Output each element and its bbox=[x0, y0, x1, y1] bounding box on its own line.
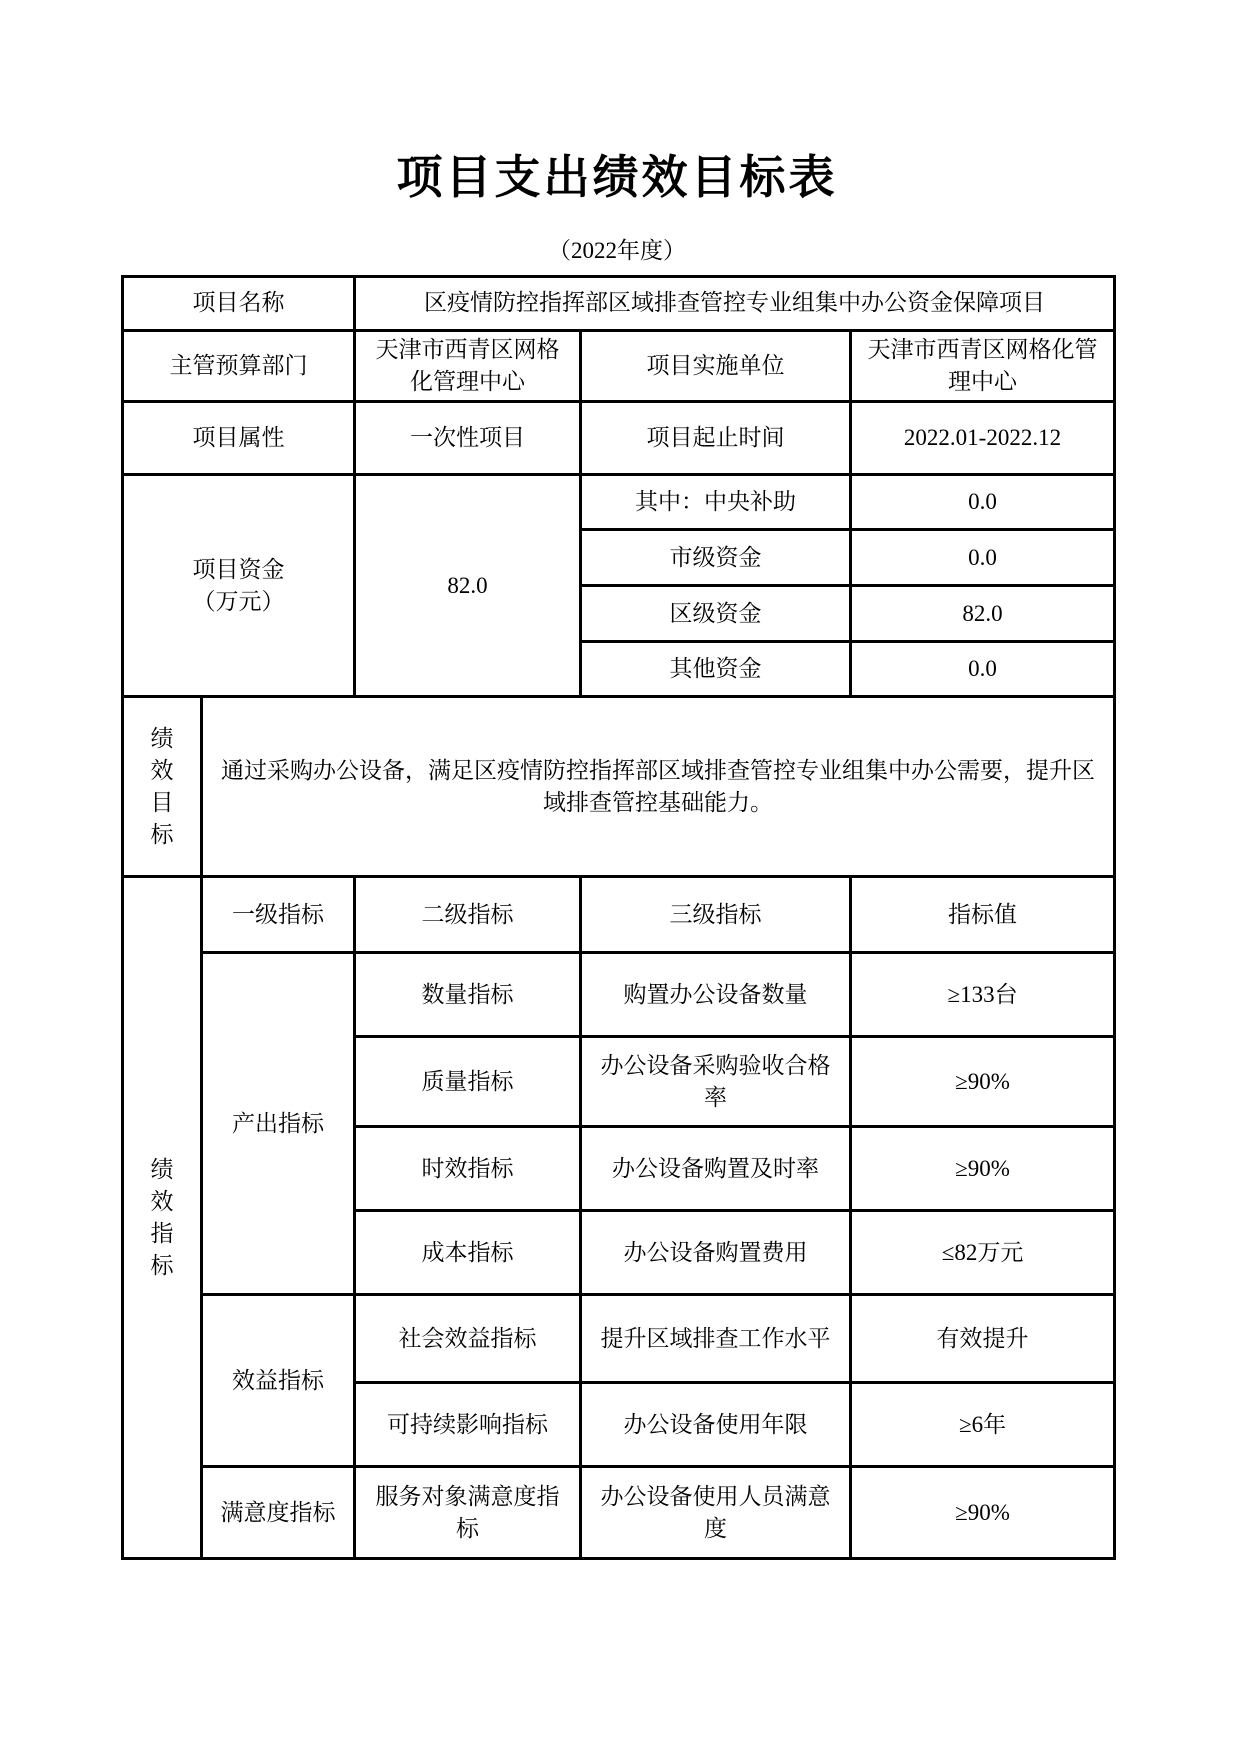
funds-other-value: 0.0 bbox=[851, 642, 1115, 697]
funds-city-label: 市级资金 bbox=[581, 530, 851, 586]
project-funds-label: 项目资金 （万元） bbox=[123, 475, 355, 697]
funds-other-label: 其他资金 bbox=[581, 642, 851, 697]
header-value: 指标值 bbox=[851, 877, 1115, 953]
indicator-level2: 服务对象满意度指标 bbox=[355, 1467, 581, 1559]
table-row: 主管预算部门 天津市西青区网格化管理中心 项目实施单位 天津市西青区网格化管理中… bbox=[123, 331, 1115, 402]
group-output-label: 产出指标 bbox=[202, 953, 355, 1295]
table-row: 项目资金 （万元） 82.0 其中：中央补助 0.0 bbox=[123, 475, 1115, 530]
group-benefit-label: 效益指标 bbox=[202, 1295, 355, 1467]
table-row: 产出指标 数量指标 购置办公设备数量 ≥133台 bbox=[123, 953, 1115, 1037]
table-row: 绩 效 目 标 通过采购办公设备，满足区疫情防控指挥部区域排查管控专业组集中办公… bbox=[123, 697, 1115, 877]
funds-central-label: 其中：中央补助 bbox=[581, 475, 851, 530]
group-satisfaction-label: 满意度指标 bbox=[202, 1467, 355, 1559]
project-attribute-label: 项目属性 bbox=[123, 402, 355, 475]
indicator-level3: 办公设备采购验收合格率 bbox=[581, 1037, 851, 1127]
table-row: 绩 效 指 标 一级指标 二级指标 三级指标 指标值 bbox=[123, 877, 1115, 953]
table-row: 项目属性 一次性项目 项目起止时间 2022.01-2022.12 bbox=[123, 402, 1115, 475]
indicator-level3: 办公设备购置及时率 bbox=[581, 1127, 851, 1211]
project-attribute-value: 一次性项目 bbox=[355, 402, 581, 475]
header-level2: 二级指标 bbox=[355, 877, 581, 953]
indicator-value: ≥6年 bbox=[851, 1383, 1115, 1467]
indicator-value: 有效提升 bbox=[851, 1295, 1115, 1383]
indicator-level2: 时效指标 bbox=[355, 1127, 581, 1211]
funds-district-value: 82.0 bbox=[851, 586, 1115, 642]
indicator-value: ≥133台 bbox=[851, 953, 1115, 1037]
funds-city-value: 0.0 bbox=[851, 530, 1115, 586]
project-name-value: 区疫情防控指挥部区域排查管控专业组集中办公资金保障项目 bbox=[355, 277, 1115, 331]
page-title: 项目支出绩效目标表 bbox=[121, 148, 1113, 206]
table-row: 效益指标 社会效益指标 提升区域排查工作水平 有效提升 bbox=[123, 1295, 1115, 1383]
performance-indicators-label: 绩 效 指 标 bbox=[123, 877, 202, 1559]
project-period-value: 2022.01-2022.12 bbox=[851, 402, 1115, 475]
impl-unit-label: 项目实施单位 bbox=[581, 331, 851, 402]
indicator-level2: 社会效益指标 bbox=[355, 1295, 581, 1383]
indicator-value: ≥90% bbox=[851, 1037, 1115, 1127]
indicator-level3: 购置办公设备数量 bbox=[581, 953, 851, 1037]
indicator-level2: 可持续影响指标 bbox=[355, 1383, 581, 1467]
indicator-value: ≤82万元 bbox=[851, 1211, 1115, 1295]
budget-dept-label: 主管预算部门 bbox=[123, 331, 355, 402]
indicator-level2: 数量指标 bbox=[355, 953, 581, 1037]
indicator-value: ≥90% bbox=[851, 1467, 1115, 1559]
header-level1: 一级指标 bbox=[202, 877, 355, 953]
project-funds-total: 82.0 bbox=[355, 475, 581, 697]
funds-district-label: 区级资金 bbox=[581, 586, 851, 642]
project-name-label: 项目名称 bbox=[123, 277, 355, 331]
indicator-level2: 成本指标 bbox=[355, 1211, 581, 1295]
performance-goal-text: 通过采购办公设备，满足区疫情防控指挥部区域排查管控专业组集中办公需要，提升区域排… bbox=[202, 697, 1115, 877]
indicator-level3: 提升区域排查工作水平 bbox=[581, 1295, 851, 1383]
project-period-label: 项目起止时间 bbox=[581, 402, 851, 475]
indicator-level3: 办公设备购置费用 bbox=[581, 1211, 851, 1295]
indicator-level2: 质量指标 bbox=[355, 1037, 581, 1127]
indicator-level3: 办公设备使用人员满意度 bbox=[581, 1467, 851, 1559]
table-row: 满意度指标 服务对象满意度指标 办公设备使用人员满意度 ≥90% bbox=[123, 1467, 1115, 1559]
indicator-value: ≥90% bbox=[851, 1127, 1115, 1211]
page-subtitle: （2022年度） bbox=[121, 237, 1113, 265]
indicator-level3: 办公设备使用年限 bbox=[581, 1383, 851, 1467]
header-level3: 三级指标 bbox=[581, 877, 851, 953]
funds-central-value: 0.0 bbox=[851, 475, 1115, 530]
budget-dept-value: 天津市西青区网格化管理中心 bbox=[355, 331, 581, 402]
performance-goal-label: 绩 效 目 标 bbox=[123, 697, 202, 877]
impl-unit-value: 天津市西青区网格化管理中心 bbox=[851, 331, 1115, 402]
table-row: 项目名称 区疫情防控指挥部区域排查管控专业组集中办公资金保障项目 bbox=[123, 277, 1115, 331]
performance-target-table: 项目名称 区疫情防控指挥部区域排查管控专业组集中办公资金保障项目 主管预算部门 … bbox=[121, 275, 1116, 1560]
document-page: 项目支出绩效目标表 （2022年度） 项目名称 区疫情防控指挥部区域排查管控专业… bbox=[0, 0, 1241, 1754]
